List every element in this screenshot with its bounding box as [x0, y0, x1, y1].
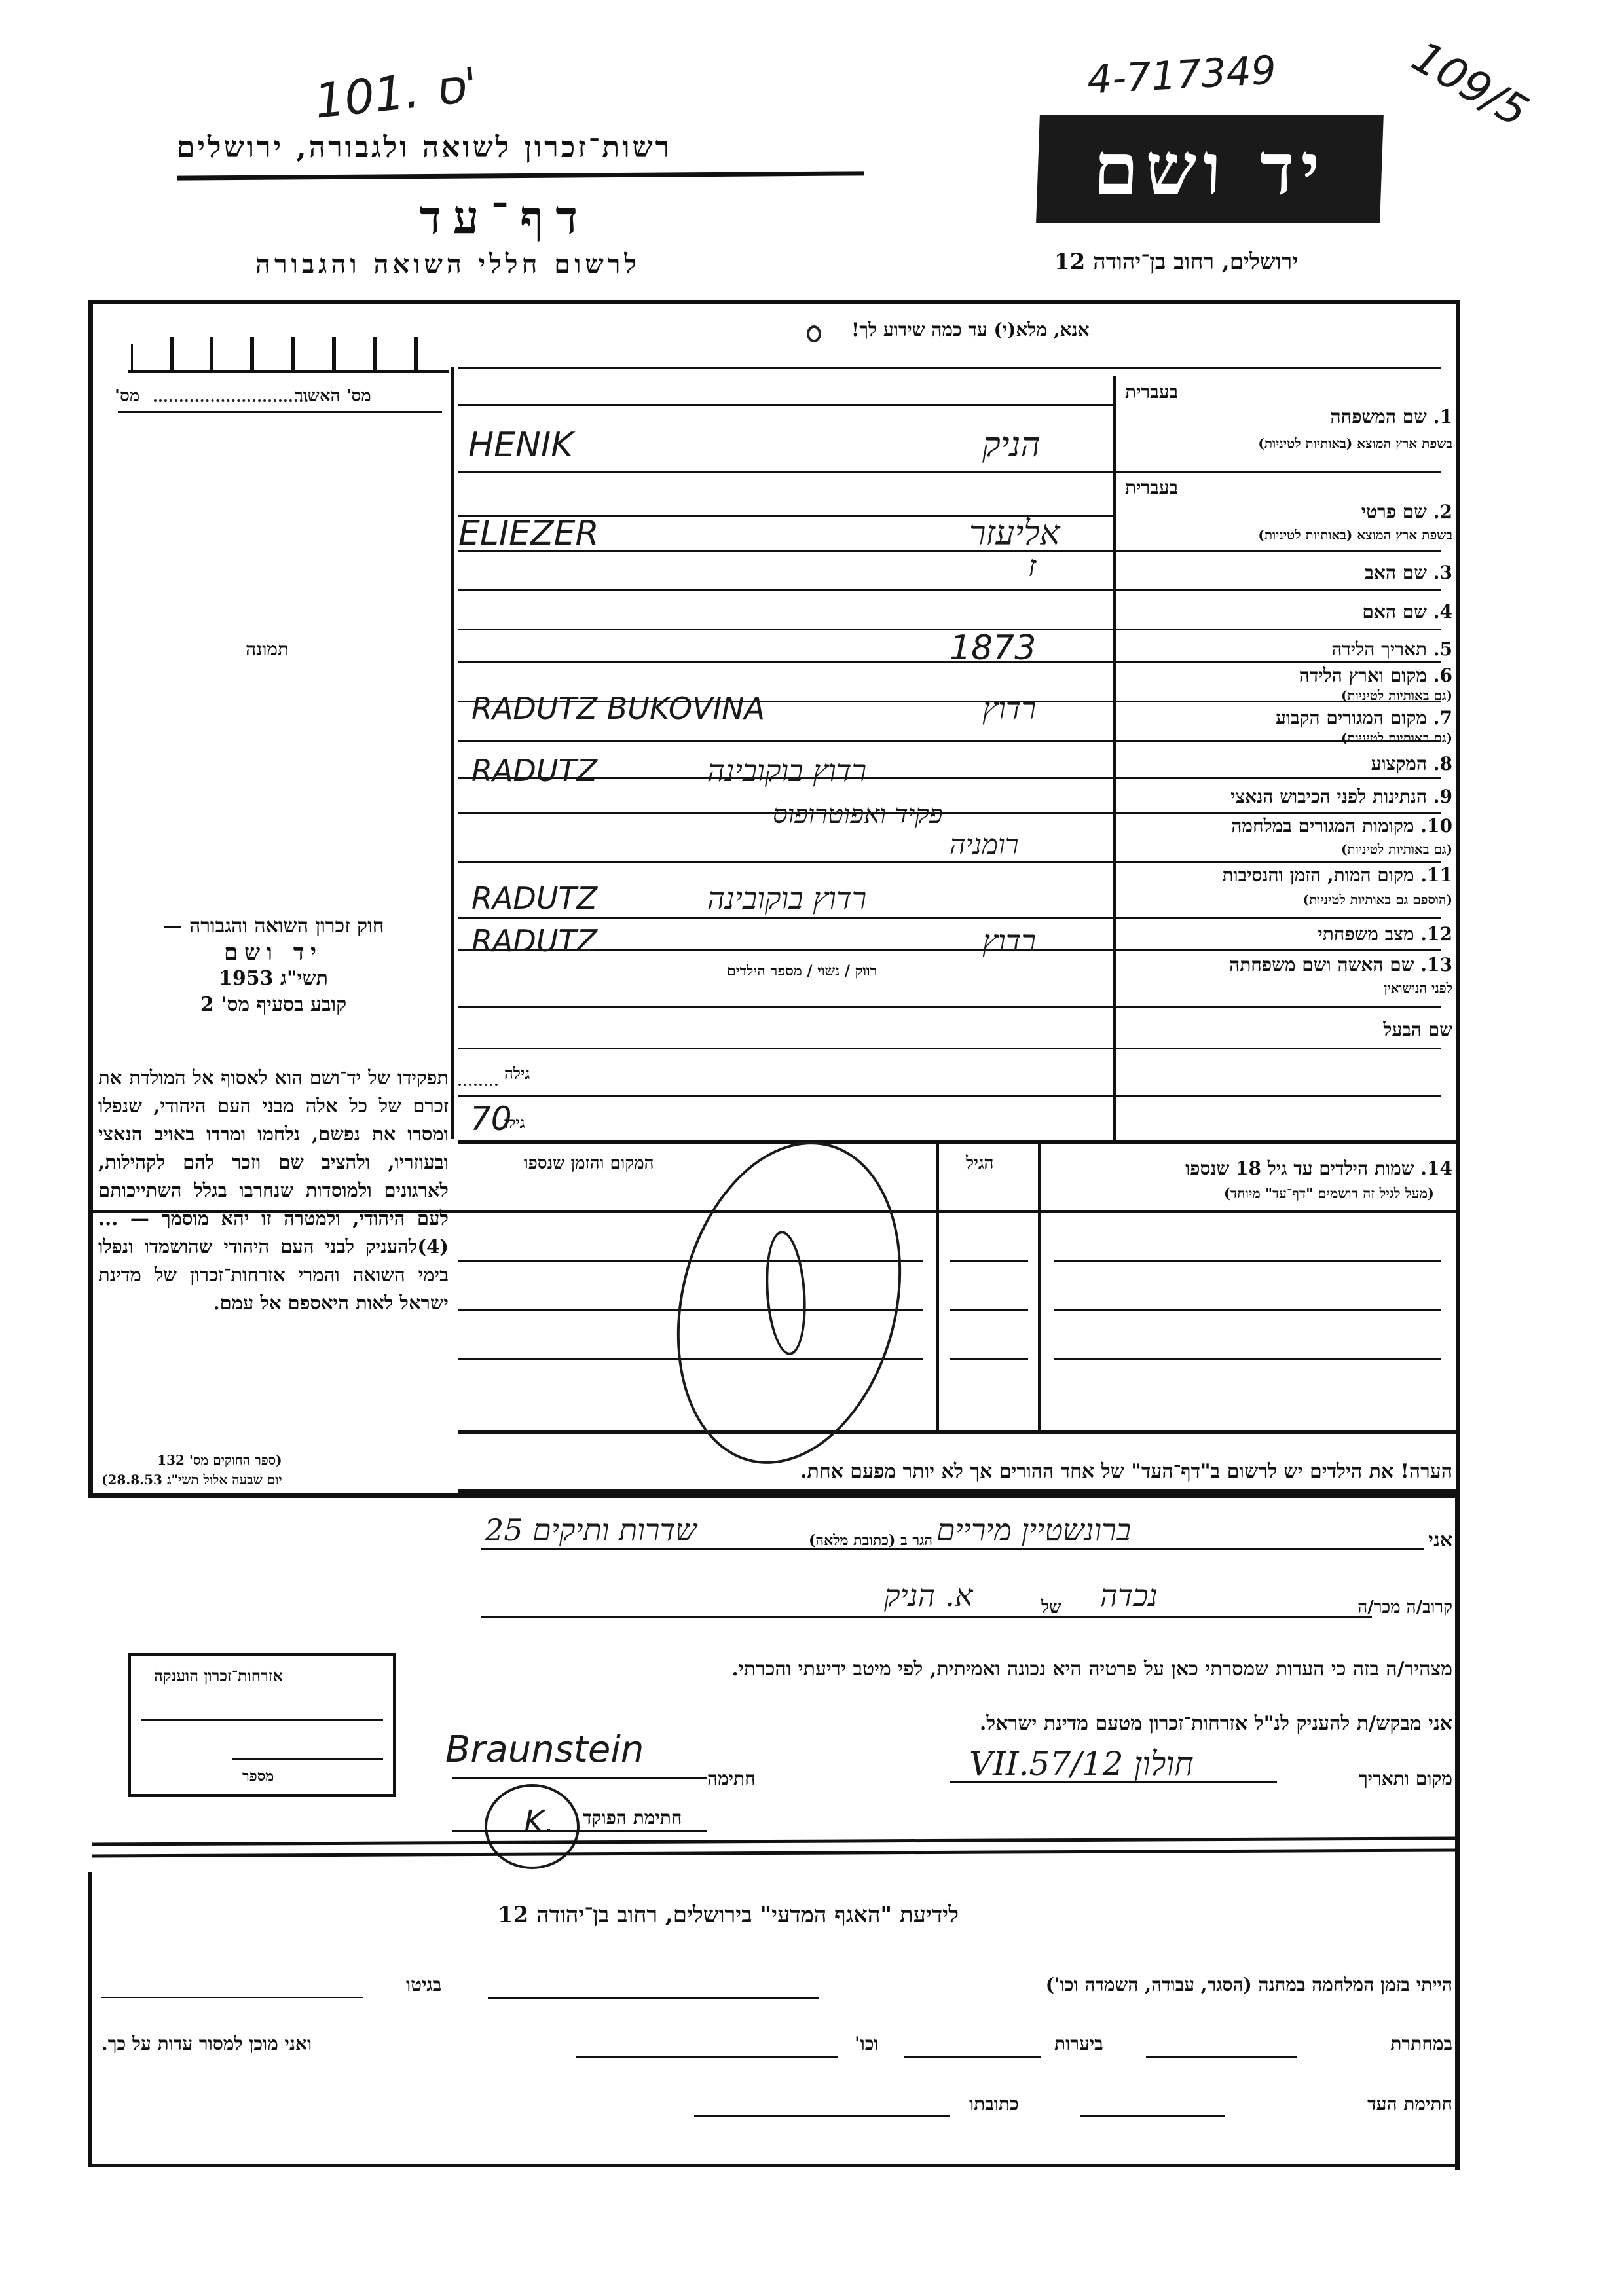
row-line [458, 740, 1441, 742]
witness-signature-field[interactable] [1080, 2115, 1225, 2117]
address: ירושלים, רחוב בן־יהודה 12 [1054, 249, 1298, 275]
tick [373, 337, 377, 370]
row-line [458, 949, 1441, 951]
declarant-address[interactable]: שדרות ותיקים 25 [485, 1512, 697, 1548]
section-line [458, 1140, 1457, 1144]
column-divider [1113, 1048, 1116, 1139]
decl-i-label: אני [1428, 1529, 1452, 1552]
field-sub-birth-place: (גם באותיות לטיניות) [1341, 687, 1452, 704]
row-line [458, 471, 1441, 473]
field-sub-first-name: בשפת ארץ המוצא (באותיות לטיניות) [1258, 527, 1452, 543]
children-sub-label: (מעל לגיל זה רושמים "דף־עד" מיוחד) [1224, 1185, 1434, 1202]
first-name-hebrew[interactable]: אליעזר [969, 514, 1060, 553]
row-line [458, 812, 1441, 814]
header-underline [177, 171, 864, 180]
underground-label: במחתרת [1390, 2033, 1452, 2055]
law-line-4: קובע בסעיף מס' 2 [98, 992, 449, 1018]
section-line [458, 1430, 1457, 1434]
handwritten-page-number: 109/5 [1403, 31, 1536, 137]
row-line [458, 1095, 1441, 1097]
decl-resides-label: הגר ב (כתובת מלאה) [809, 1532, 932, 1549]
profession-value[interactable]: פקיד ואפוטרופוס [773, 799, 943, 829]
field-sub-wife-name: לפני הנישואין [1384, 980, 1452, 996]
law-ref-1: (ספר החוקים מס' 132 [101, 1450, 282, 1470]
decl-line [481, 1616, 1372, 1618]
field-label-father-name: 3. שם האב [1365, 562, 1452, 584]
decl-of-label: של [1041, 1597, 1061, 1617]
children-col-divider [936, 1142, 939, 1430]
etc-label: וכו' [855, 2033, 879, 2055]
memorial-box-line[interactable] [141, 1719, 383, 1721]
column-divider [451, 367, 454, 1139]
frame-left-edge [88, 1872, 92, 2167]
frame-right-edge [1455, 1493, 1460, 2170]
row-line [458, 589, 1441, 591]
hebrew-header-2: בעברית [1125, 477, 1178, 499]
birth-place-latin[interactable]: RADUTZ BUKOVINA [471, 691, 765, 726]
page-title: דף־עד [419, 190, 589, 245]
decl-line [481, 1548, 1424, 1550]
wife-age-field[interactable] [458, 1084, 498, 1086]
field-label-wartime-residence: 10. מקומות המגורים במלחמה [1231, 815, 1452, 837]
instructions: אנא, מלא(י) עד כמה שידוע לך! [851, 319, 1090, 341]
field-label-profession: 8. המקצוע [1371, 753, 1452, 775]
children-row-line[interactable] [950, 1358, 1028, 1360]
birth-place-hebrew[interactable]: רדוץ [982, 691, 1036, 726]
field-label-wife-name: 13. שם האשה ושם משפחתה [1229, 954, 1452, 976]
handwritten-file-number: 101. ס' [312, 57, 480, 129]
law-heading: חוק זכרון השואה והגבורה — יד ושם תשי"ג 1… [98, 913, 449, 1018]
willing-testify-text: ואני מוכן למסור עדות על כך. [101, 2033, 312, 2055]
field-label-marital-status: 12. מצב משפחתי [1318, 923, 1452, 945]
handwritten-record-number: 4-717349 [1086, 47, 1277, 103]
law-reference: (ספר החוקים מס' 132 יום שבעה אלול תשי"ג … [101, 1450, 282, 1489]
ruler-box [128, 321, 449, 373]
signature-label: חתימה [707, 1768, 756, 1790]
logo-text: יד ושם [1092, 126, 1327, 211]
scientific-dept-title: לידיעת "האגף המדעי" בירושלים, רחוב בן־יה… [498, 1902, 959, 1928]
declarant-signature[interactable]: Braunstein [445, 1728, 644, 1771]
signature-line [452, 1830, 707, 1832]
husband-age-label: גילו [504, 1113, 525, 1133]
law-line-1: חוק זכרון השואה והגבורה — [98, 913, 449, 939]
children-col-divider [1038, 1142, 1041, 1430]
divider [118, 411, 442, 413]
tick [291, 337, 295, 370]
witness-address-label: כתובתו [969, 2093, 1019, 2115]
law-line-3: תשי"ג 1953 [98, 966, 449, 992]
memorial-box-line[interactable] [232, 1758, 383, 1760]
death-place-hebrew[interactable]: רדוץ [982, 923, 1036, 958]
camp-field[interactable] [488, 1997, 819, 1999]
field-label-family-name: 1. שם המשפחה [1331, 406, 1452, 428]
note-children: הערה! את הילדים יש לרשום ב"דף־העד" של אח… [800, 1460, 1452, 1483]
tick [170, 337, 174, 370]
row-line [458, 777, 1441, 779]
place-date-label: מקום ותאריך [1359, 1768, 1452, 1790]
forests-label: ביערות [1054, 2033, 1103, 2055]
field-label-nationality: 9. הנתינות לפני הכיבוש הנאצי [1230, 786, 1452, 808]
etc-field[interactable] [576, 2056, 838, 2058]
wartime-residence-hebrew[interactable]: רדוץ בוקובינה [707, 881, 866, 916]
witness-signature-label: חתימת העד [1367, 2093, 1452, 2115]
tick [332, 337, 336, 370]
declaration-request: אני מבקש/ת להעניק לנ"ל אזרחות־זכרון מטעם… [980, 1712, 1452, 1735]
tick [250, 337, 254, 370]
children-row-line[interactable] [950, 1309, 1028, 1311]
row-line [458, 1006, 1441, 1008]
children-col-place: המקום והזמן שנספו [524, 1154, 654, 1173]
tick [131, 344, 133, 370]
bottom-border [90, 2164, 1459, 2167]
photo-label: תמונה [246, 638, 289, 661]
children-label: 14. שמות הילדים עד גיל 18 שנספו [1185, 1157, 1452, 1180]
witness-address-field[interactable] [694, 2115, 950, 2117]
forests-field[interactable] [904, 2056, 1041, 2058]
children-row-line[interactable] [1054, 1358, 1441, 1360]
father-name-value[interactable]: ז [1028, 550, 1036, 583]
row-line [458, 917, 1441, 919]
declarant-name[interactable]: ברונשטיין מיריים [936, 1512, 1131, 1548]
page-subtitle: לרשום חללי השואה והגבורה [255, 249, 640, 280]
field-label-birth-place: 6. מקום וארץ הלידה [1299, 665, 1452, 687]
field-sub-residence: (גם באותיות לטיניות) [1341, 730, 1452, 746]
memorial-box-title: אזרחות־זכרון הוענקה [154, 1666, 283, 1686]
field-label-residence: 7. מקום המגורים הקבוע [1276, 707, 1452, 729]
clerk-signature-label: חתימת הפוקד [583, 1807, 682, 1829]
residence-hebrew[interactable]: רדוץ בוקובינה [707, 753, 866, 788]
label-column-divider [1113, 376, 1116, 1142]
field-label-husband-name: שם הבעל [1383, 1019, 1452, 1041]
place-date-value[interactable]: חולון 12/VII.57 [969, 1745, 1194, 1783]
field-sub-wartime-residence: (גם באותיות לטיניות) [1341, 841, 1452, 858]
separator [92, 1836, 1457, 1846]
row-line [458, 404, 1113, 406]
clerk-signature-scribble [485, 1784, 580, 1869]
field-sub-family-name: בשפת ארץ המוצא (באותיות לטיניות) [1258, 435, 1452, 452]
section-line [458, 1489, 1457, 1493]
stamp-icon [807, 325, 821, 342]
residence-latin[interactable]: RADUTZ [471, 753, 597, 788]
row-line [458, 1048, 1441, 1049]
first-name-latin[interactable]: ELIEZER [458, 514, 599, 553]
children-col-age: הגיל [966, 1154, 994, 1173]
field-label-death-place: 11. מקום המות, הזמן והנסיבות [1222, 864, 1452, 886]
hebrew-header-1: בעברית [1125, 381, 1178, 403]
ghetto-field[interactable] [101, 1997, 363, 1998]
wife-age-label: גילה [504, 1064, 530, 1084]
declaration-statement: מצהיר/ה בזה כי העדות שמסרתי כאן על פרטיה… [731, 1658, 1452, 1681]
children-row-line[interactable] [950, 1260, 1028, 1262]
death-place-latin[interactable]: RADUTZ [471, 923, 597, 958]
decl-line [950, 1781, 1277, 1783]
field-label-mother-name: 4. שם האם [1362, 601, 1452, 623]
field-label-birth-date: 5. תאריך הלידה [1331, 638, 1452, 661]
divider [458, 367, 1441, 369]
ghetto-label: בגיטו [406, 1974, 441, 1996]
children-row-line[interactable] [1054, 1260, 1441, 1262]
yad-vashem-logo: יד ושם [1036, 115, 1384, 223]
row-line [458, 861, 1441, 863]
field-sub-death-place: (הוספם גם באותיות לטיניות) [1303, 892, 1452, 908]
wartime-residence-latin[interactable]: RADUTZ [471, 881, 597, 916]
children-row-line[interactable] [1054, 1309, 1441, 1311]
nationality-value[interactable]: רומניה [950, 828, 1019, 861]
field-label-first-name: 2. שם פרטי [1361, 501, 1452, 523]
certificate-number-field[interactable] [154, 399, 308, 402]
victim-reference[interactable]: א. הניק [884, 1578, 972, 1613]
tick [414, 337, 418, 370]
birth-date-value[interactable]: 1873 [950, 629, 1036, 668]
separator [92, 1848, 1457, 1857]
decl-relation-label: קרוב/ה מכר/ה [1357, 1597, 1452, 1617]
declarant-relation[interactable]: נכדה [1100, 1578, 1158, 1613]
marital-status-options: רווק / נשוי / מספר הילדים [727, 962, 877, 979]
family-name-latin[interactable]: HENIK [468, 426, 573, 465]
law-ref-2: יום שבעה אלול תשי"ג 28.8.53) [101, 1470, 282, 1489]
archive-line: רשות־זכרון לשואה ולגבורה, ירושלים [177, 131, 672, 164]
bottom-line-1: הייתי בזמן המלחמה במחנה (הסגר, עבודה, הש… [1046, 1974, 1452, 1996]
certificate-label: מס' האשור [295, 386, 371, 406]
certificate-no-label: מס' [115, 386, 139, 406]
signature-line [452, 1777, 707, 1779]
row-line [458, 550, 1441, 552]
family-name-hebrew[interactable]: הניק [982, 426, 1041, 465]
law-line-2: יד ושם [98, 939, 449, 966]
tick [210, 337, 213, 370]
divider [92, 1494, 455, 1497]
law-paragraph: תפקידו של יד־ושם הוא לאסוף אל המולדת את … [98, 1064, 449, 1317]
memorial-number-label: מספר [242, 1768, 274, 1785]
underground-field[interactable] [1146, 2056, 1297, 2058]
